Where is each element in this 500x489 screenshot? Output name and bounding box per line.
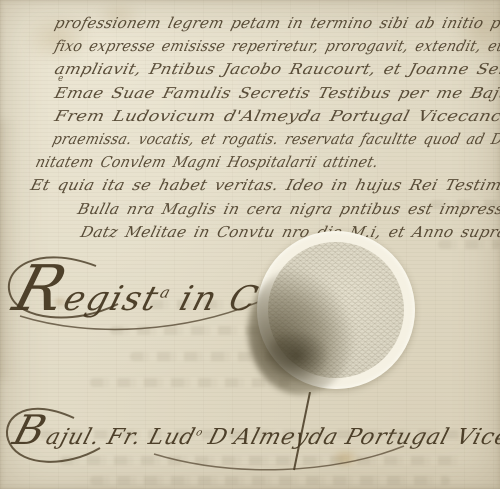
seal-stain xyxy=(263,329,329,383)
vicechancellor-signature: Bajul. Fr. Ludo D'Almeyda Portugal Vicec… xyxy=(8,406,500,454)
manuscript-text: professionem legrem petam in termino sib… xyxy=(52,12,500,244)
manuscript-line: praemissa. vocatis, et rogatis. reservat… xyxy=(50,128,470,151)
vicechancellor-signature-text: Bajul. Fr. Ludo D'Almeyda Portugal Vicec… xyxy=(8,406,500,454)
interline-superscript: e xyxy=(58,74,63,84)
gutter-shadow xyxy=(0,120,16,380)
registration-signature-part: Regist xyxy=(8,279,165,319)
bleedthrough-mark xyxy=(90,378,290,387)
manuscript-line: nitatem Convlem Magni Hospitalarii attin… xyxy=(33,151,482,174)
manuscript-line: fixo expresse emisisse reperiretur, pror… xyxy=(52,35,479,58)
manuscript-line: Emae Suae Famulis Secretis Testibus per … xyxy=(52,82,500,105)
bleedthrough-mark xyxy=(90,476,450,485)
manuscript-line: professionem legrem petam in termino sib… xyxy=(52,12,500,35)
bleedthrough-mark xyxy=(60,456,460,465)
manuscript-line: Et quia ita se habet veritas. Ideo in hu… xyxy=(28,174,500,197)
manuscript-page: professionem legrem petam in termino sib… xyxy=(0,0,500,489)
embossed-seal xyxy=(257,231,415,389)
manuscript-line: Frem Ludovicum d'Almeyda Portugal Viceca… xyxy=(52,105,500,128)
vicechancellor-signature-part: D'Almeyda Portugal Vicecañ xyxy=(197,425,500,450)
manuscript-line: Datz Melitae in Convtu nro die M.i, et A… xyxy=(78,221,500,244)
manuscript-line: ampliavit, Pntibus Jacobo Raucourt, et J… xyxy=(52,58,500,81)
manuscript-line: Bulla nra Maglis in cera nigra pntibus e… xyxy=(75,198,500,221)
vicechancellor-signature-part: Bajul. Fr. Lud xyxy=(9,425,198,450)
